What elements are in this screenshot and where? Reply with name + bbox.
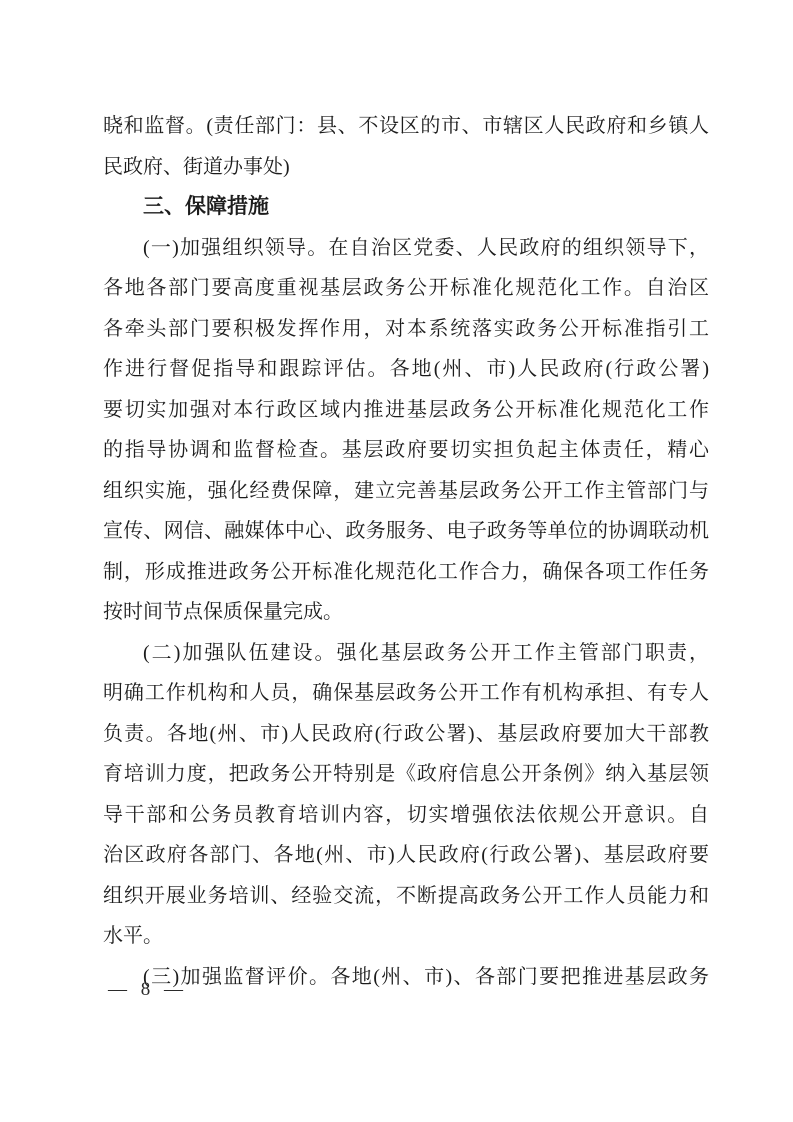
continuation-line: 晓和监督。(责任部门：县、不设区的市、市辖区人民政府和乡镇人 (103, 106, 709, 147)
para-2-line: 治区政府各部门、各地(州、市)人民政府(行政公署)、基层政府要 (103, 835, 709, 876)
para-2-line: (二)加强队伍建设。强化基层政务公开工作主管部门职责， (103, 633, 709, 674)
page-number: — 8 — (108, 979, 183, 1001)
para-1-line: 要切实加强对本行政区域内推进基层政务公开标准化规范化工作 (103, 390, 709, 431)
para-1-line: 各牵头部门要积极发挥作用，对本系统落实政务公开标准指引工 (103, 309, 709, 350)
para-1-line: (一)加强组织领导。在自治区党委、人民政府的组织领导下， (103, 228, 709, 269)
para-2-line: 水平。 (103, 916, 709, 957)
para-1-line: 作进行督促指导和跟踪评估。各地(州、市)人民政府(行政公署) (103, 349, 709, 390)
continuation-line: 民政府、街道办事处) (103, 147, 709, 188)
para-1-line: 各地各部门要高度重视基层政务公开标准化规范化工作。自治区 (103, 268, 709, 309)
document-content: 晓和监督。(责任部门：县、不设区的市、市辖区人民政府和乡镇人民政府、街道办事处)… (103, 106, 709, 997)
para-2-line: 明确工作机构和人员，确保基层政务公开工作有机构承担、有专人 (103, 673, 709, 714)
para-2-line: 育培训力度，把政务公开特别是《政府信息公开条例》纳入基层领 (103, 754, 709, 795)
para-1-line: 宣传、网信、融媒体中心、政务服务、电子政务等单位的协调联动机 (103, 511, 709, 552)
para-1-line: 制，形成推进政务公开标准化规范化工作合力，确保各项工作任务 (103, 552, 709, 593)
para-3-line: (三)加强监督评价。各地(州、市)、各部门要把推进基层政务 (103, 957, 709, 998)
para-1-line: 按时间节点保质保量完成。 (103, 592, 709, 633)
para-2-line: 导干部和公务员教育培训内容，切实增强依法依规公开意识。自 (103, 795, 709, 836)
section-heading: 三、保障措施 (103, 187, 709, 228)
document-page: 晓和监督。(责任部门：县、不设区的市、市辖区人民政府和乡镇人民政府、街道办事处)… (0, 0, 793, 1122)
para-2-line: 负责。各地(州、市)人民政府(行政公署)、基层政府要加大干部教 (103, 714, 709, 755)
para-1-line: 组织实施，强化经费保障，建立完善基层政务公开工作主管部门与 (103, 471, 709, 512)
para-2-line: 组织开展业务培训、经验交流，不断提高政务公开工作人员能力和 (103, 876, 709, 917)
para-1-line: 的指导协调和监督检查。基层政府要切实担负起主体责任，精心 (103, 430, 709, 471)
